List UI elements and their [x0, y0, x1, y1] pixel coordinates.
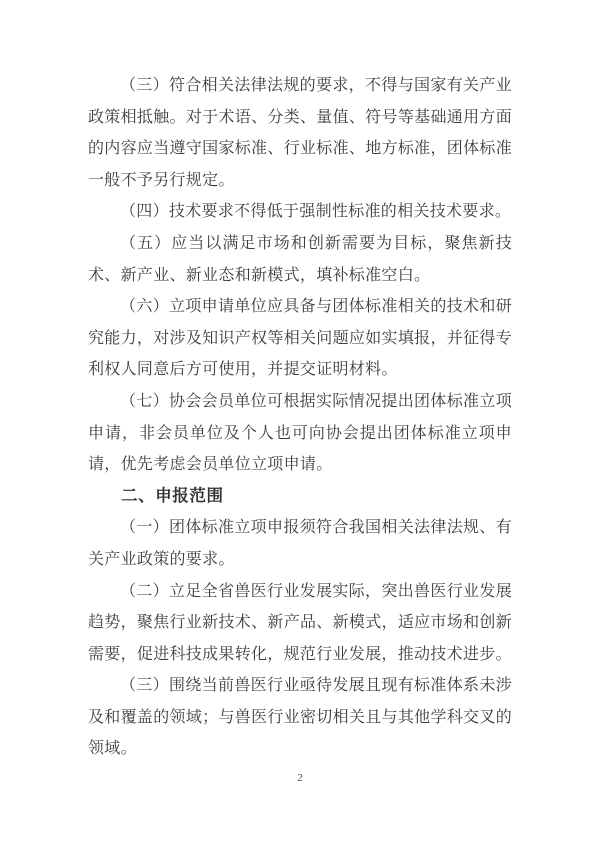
paragraph-clause-5: （五）应当以满足市场和创新需要为目标，聚焦新技术、新产业、新业态和新模式，填补标…	[88, 228, 512, 291]
document-page: （三）符合相关法律法规的要求，不得与国家有关产业政策相抵触。对于术语、分类、量值…	[0, 0, 600, 848]
page-footer: 2	[0, 768, 600, 786]
page-number: 2	[297, 772, 303, 784]
paragraph-scope-1: （一）团体标准立项申报须符合我国相关法律法规、有关产业政策的要求。	[88, 512, 512, 575]
paragraph-scope-3: （三）围绕当前兽医行业亟待发展且现有标准体系未涉及和覆盖的领域；与兽医行业密切相…	[88, 670, 512, 765]
paragraph-clause-4: （四）技术要求不得低于强制性标准的相关技术要求。	[88, 196, 512, 228]
paragraph-clause-7: （七）协会会员单位可根据实际情况提出团体标准立项申请，非会员单位及个人也可向协会…	[88, 386, 512, 481]
document-body: （三）符合相关法律法规的要求，不得与国家有关产业政策相抵触。对于术语、分类、量值…	[88, 70, 512, 765]
section-heading-application-scope: 二、申报范围	[88, 481, 512, 513]
paragraph-clause-3: （三）符合相关法律法规的要求，不得与国家有关产业政策相抵触。对于术语、分类、量值…	[88, 70, 512, 196]
paragraph-scope-2: （二）立足全省兽医行业发展实际，突出兽医行业发展趋势，聚焦行业新技术、新产品、新…	[88, 576, 512, 671]
paragraph-clause-6: （六）立项申请单位应具备与团体标准相关的技术和研究能力，对涉及知识产权等相关问题…	[88, 291, 512, 386]
